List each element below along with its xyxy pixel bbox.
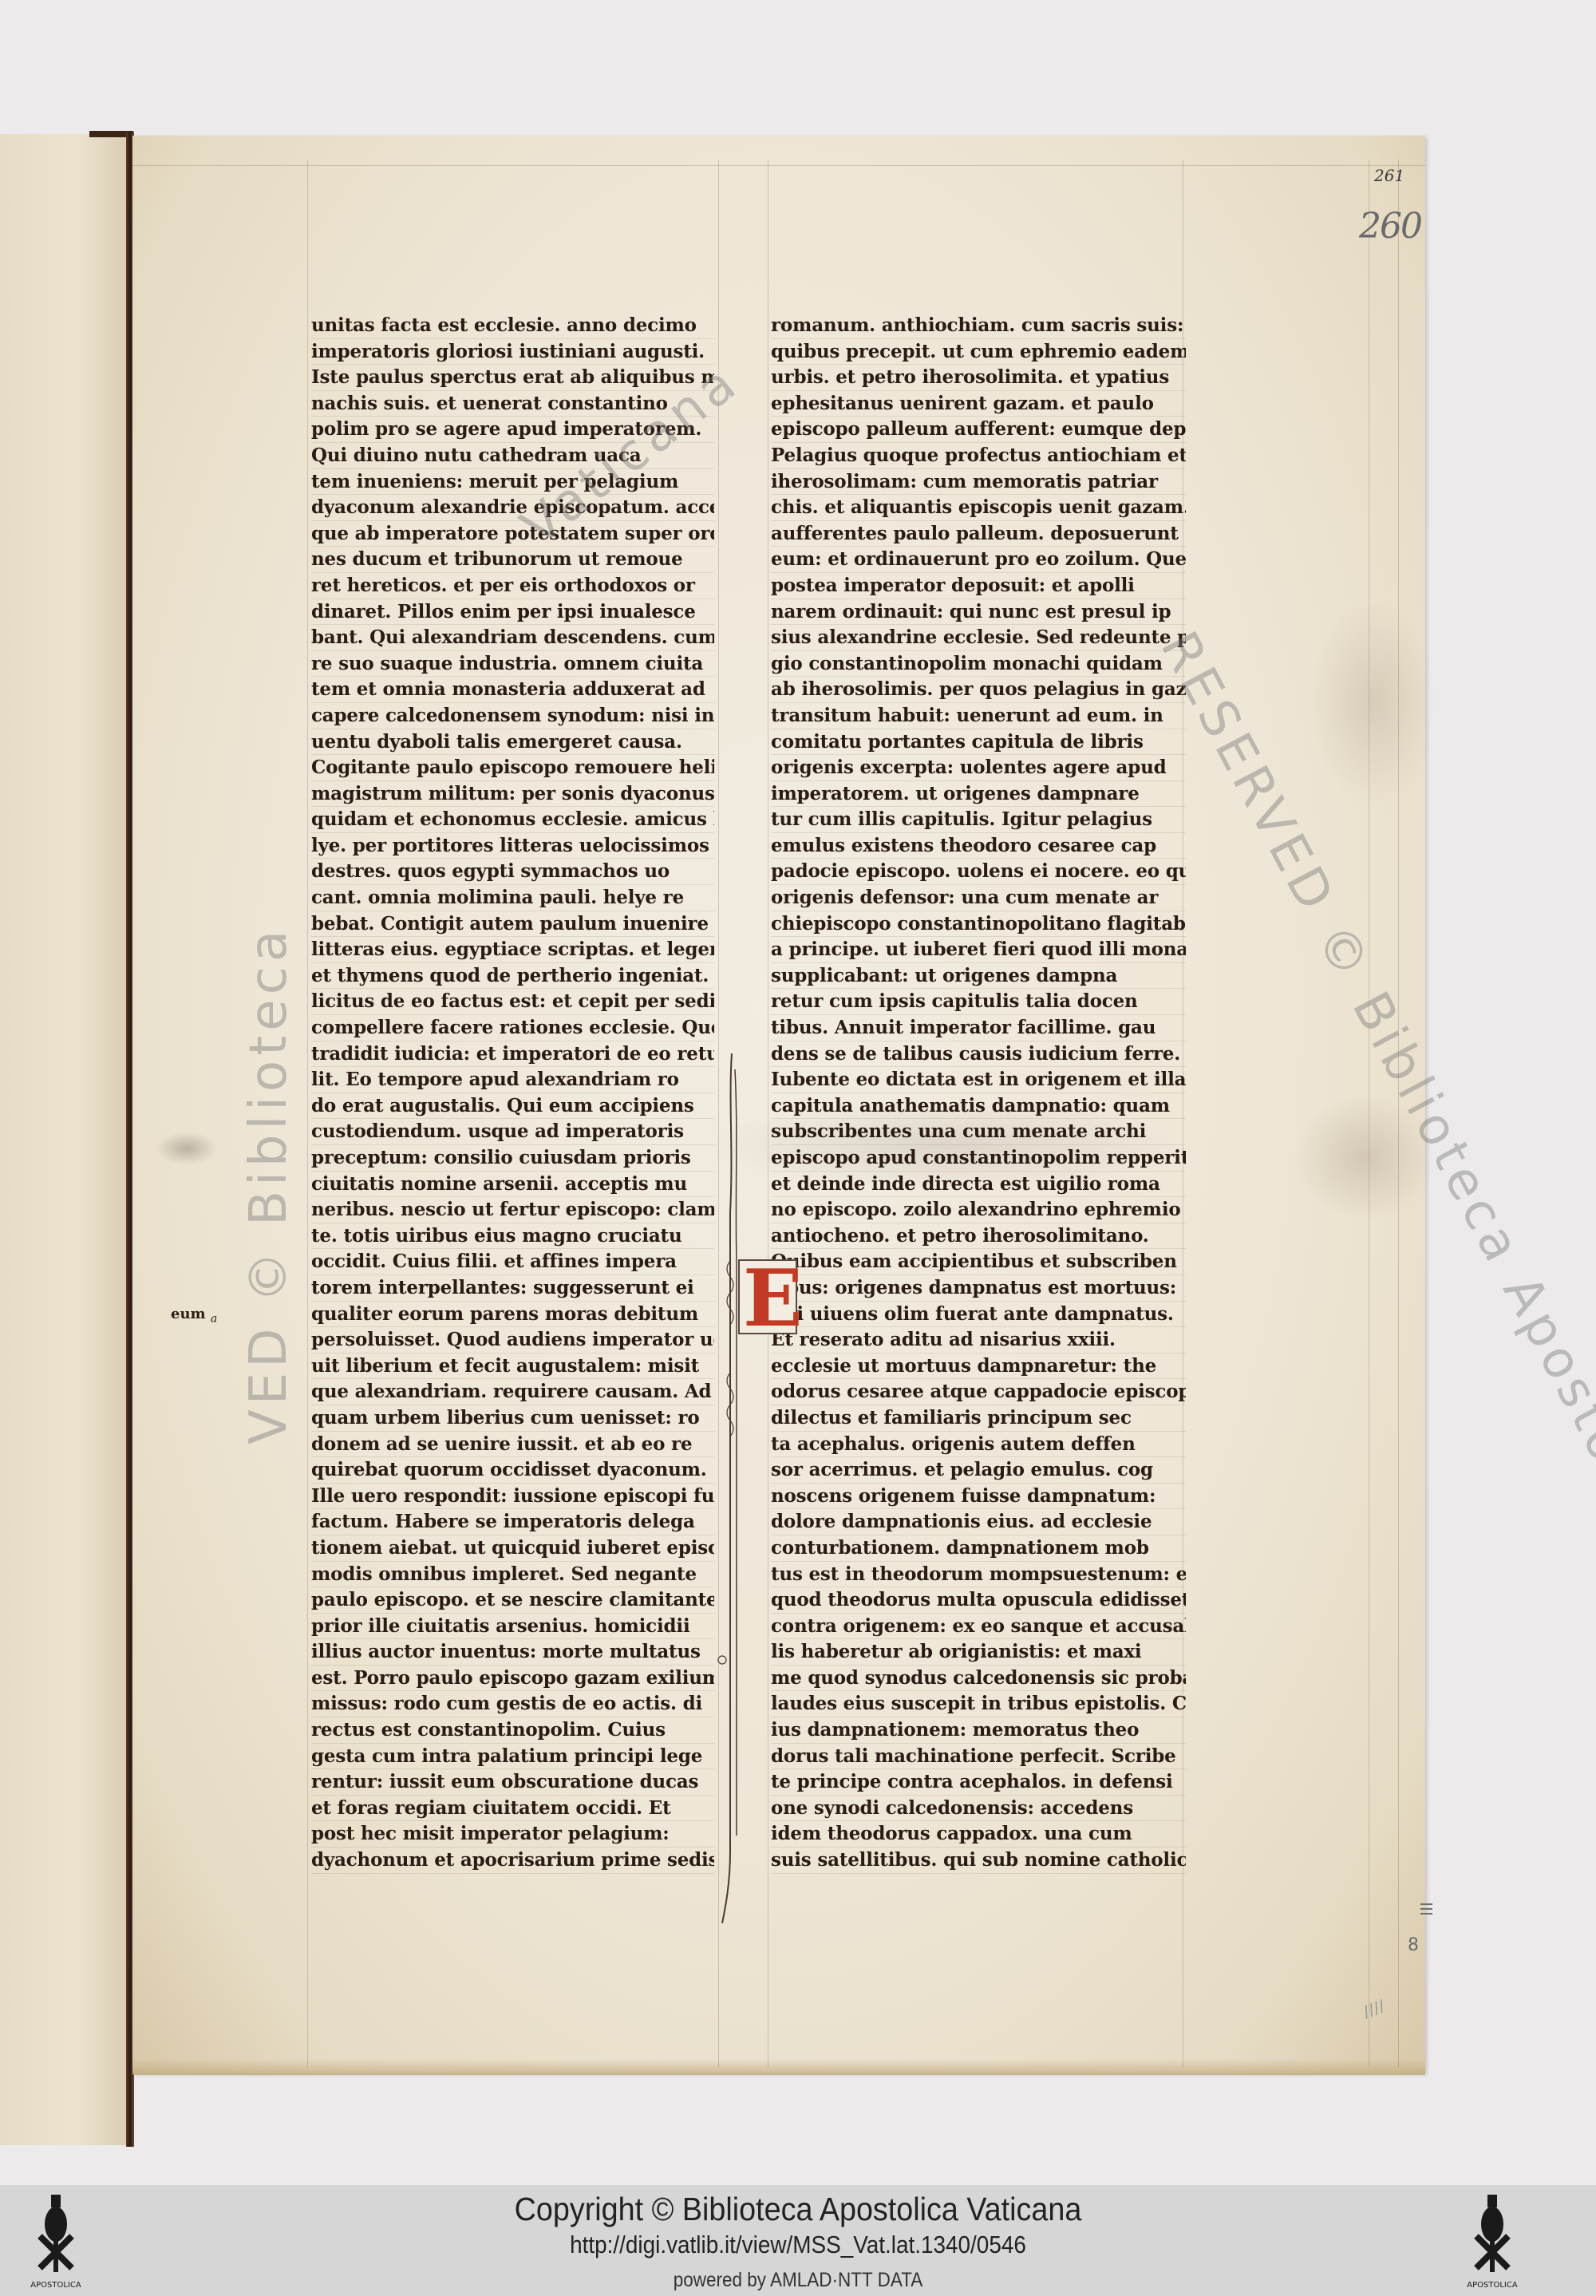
manuscript-line: tur cum illis capitulis. Igitur pelagius: [771, 807, 1186, 833]
manuscript-line: ret hereticos. et per eis orthodoxos or: [311, 573, 714, 599]
manuscript-line: lis haberetur ab origianistis: et maxi: [771, 1639, 1186, 1666]
manuscript-line: episcopo palleum aufferent: eumque depon…: [771, 417, 1186, 443]
manuscript-line: te. totis uiribus eius magno cruciatu: [311, 1223, 714, 1250]
manuscript-line: laudes eius suscepit in tribus epistolis…: [771, 1691, 1186, 1717]
manuscript-line: tionem aiebat. ut quicquid iuberet episc…: [311, 1535, 714, 1562]
manuscript-line: que alexandriam. requirere causam. Ad: [311, 1379, 714, 1405]
manuscript-line: unitas facta est ecclesie. anno decimo: [311, 313, 714, 339]
manuscript-line: litteras eius. egyptiace scriptas. et le…: [311, 937, 714, 963]
manuscript-line: episcopo apud constantinopolim repperitu…: [771, 1145, 1186, 1172]
manuscript-line: et deinde inde directa est uigilio roma: [771, 1172, 1186, 1198]
manuscript-line: dinaret. Pillos enim per ipsi inualesce: [311, 599, 714, 626]
manuscript-line: prior ille ciuitatis arsenius. homicidii: [311, 1614, 714, 1640]
manuscript-line: imperatorem. ut origenes dampnare: [771, 781, 1186, 808]
decorated-initial: E: [738, 1259, 797, 1334]
pencil-mark: 8: [1408, 1935, 1419, 1955]
manuscript-line: licitus de eo factus est: et cepit per s…: [311, 989, 714, 1015]
previous-leaf-edge: [0, 134, 129, 2145]
manuscript-line: Cogitante paulo episcopo remouere helias: [311, 755, 714, 781]
manuscript-line: Et reserato aditu ad nisarius xxiii.: [771, 1327, 1186, 1353]
manuscript-line: supplicabant: ut origenes dampna: [771, 963, 1186, 990]
manuscript-line: tem et omnia monasteria adduxerat ad: [311, 677, 714, 703]
manuscript-line: quod theodorus multa opuscula edidisset: [771, 1587, 1186, 1614]
manuscript-line: transitum habuit: uenerunt ad eum. in: [771, 703, 1186, 729]
manuscript-line: occidit. Cuius filii. et affines impera: [311, 1249, 714, 1275]
ruling-line: [132, 165, 1425, 166]
powered-by-text: powered by AMLAD·NTT DATA: [80, 2269, 1516, 2292]
manuscript-line: torem interpellantes: suggesserunt ei: [311, 1275, 714, 1302]
manuscript-line: no episcopo. zoilo alexandrino ephremio: [771, 1197, 1186, 1223]
initial-flourish-ornament: [714, 1053, 746, 1923]
manuscript-line: contra origenem: ex eo sanque et accusab…: [771, 1614, 1186, 1640]
manuscript-line: tradidit iudicia: et imperatori de eo re…: [311, 1041, 714, 1068]
manuscript-line: quidam et echonomus ecclesie. amicus he: [311, 807, 714, 833]
manuscript-line: one synodi calcedonensis: accedens: [771, 1796, 1186, 1822]
manuscript-line: retur cum ipsis capitulis talia docen: [771, 989, 1186, 1015]
manuscript-line: capere calcedonensem synodum: nisi in: [311, 703, 714, 729]
manuscript-line: padocie episcopo. uolens ei nocere. eo q…: [771, 859, 1186, 885]
manuscript-line: uentu dyaboli talis emergeret causa.: [311, 729, 714, 756]
manuscript-line: ius dampnationem: memoratus theo: [771, 1717, 1186, 1744]
folio-number-ink: 261: [1374, 166, 1404, 185]
manuscript-line: Ille uero respondit: iussione episcopi f…: [311, 1484, 714, 1510]
ruling-line: [1369, 160, 1369, 2067]
manuscript-line: modis omnibus impleret. Sed negante: [311, 1562, 714, 1588]
manuscript-line: Quibus eam accipientibus et subscriben: [771, 1249, 1186, 1275]
manuscript-line: dolore dampnationis eius. ad ecclesie: [771, 1509, 1186, 1535]
manuscript-line: ephesitanus uenirent gazam. et paulo: [771, 391, 1186, 417]
manuscript-line: Iubente eo dictata est in origenem et il…: [771, 1067, 1186, 1093]
manuscript-line: illius auctor inuentus: morte multatus: [311, 1639, 714, 1666]
text-column-left: unitas facta est ecclesie. anno decimoim…: [311, 313, 714, 1874]
manuscript-line: cant. omnia molimina pauli. helye re: [311, 885, 714, 911]
manuscript-line: paulo episcopo. et se nescire clamitante…: [311, 1587, 714, 1614]
manuscript-line: donem ad se uenire iussit. et ab eo re: [311, 1432, 714, 1458]
manuscript-line: capitula anathematis dampnatio: quam: [771, 1093, 1186, 1120]
manuscript-line: chiepiscopo constantinopolitano flagitab…: [771, 911, 1186, 938]
manuscript-line: quibus precepit. ut cum ephremio eadem: [771, 339, 1186, 366]
manuscript-line: a principe. ut iuberet fieri quod illi m…: [771, 937, 1186, 963]
manuscript-line: conturbationem. dampnationem mob: [771, 1535, 1186, 1562]
manuscript-line: romanum. anthiochiam. cum sacris suis:: [771, 313, 1186, 339]
manuscript-line: et foras regiam ciuitatem occidi. Et: [311, 1796, 714, 1822]
manuscript-line: tus est in theodorum mompsuestenum: eo: [771, 1562, 1186, 1588]
manuscript-line: urbis. et petro iherosolimita. et ypatiu…: [771, 365, 1186, 391]
manuscript-line: dens se de talibus causis iudicium ferre…: [771, 1041, 1186, 1068]
manuscript-line: persoluisset. Quod audiens imperator uoc…: [311, 1327, 714, 1353]
manuscript-url[interactable]: http://digi.vatlib.it/view/MSS_Vat.lat.1…: [80, 2231, 1516, 2259]
manuscript-line: me quod synodus calcedonensis sic probat: [771, 1666, 1186, 1692]
manuscript-line: qui uiuens olim fuerat ante dampnatus.: [771, 1302, 1186, 1328]
manuscript-line: ciuitatis nomine arsenii. acceptis mu: [311, 1172, 714, 1198]
ruling-line: [768, 160, 768, 2067]
svg-text:APOSTOLICA: APOSTOLICA: [30, 2281, 81, 2290]
page-bottom-edge: [132, 2059, 1425, 2075]
margin-note-word: eum: [171, 1306, 206, 1322]
manuscript-line: re suo suaque industria. omnem ciuita: [311, 651, 714, 678]
manuscript-line: noscens origenem fuisse dampnatum:: [771, 1484, 1186, 1510]
manuscript-line: et thymens quod de pertherio ingeniat. s…: [311, 963, 714, 990]
manuscript-line: nes ducum et tribunorum ut remoue: [311, 547, 714, 573]
manuscript-line: comitatu portantes capitula de libris: [771, 729, 1186, 756]
manuscript-line: imperatoris gloriosi iustiniani augusti.: [311, 339, 714, 366]
ruling-line: [307, 160, 308, 2067]
manuscript-line: postea imperator deposuit: et apolli: [771, 573, 1186, 599]
manuscript-line: quirebat quorum occidisset dyaconum.: [311, 1457, 714, 1484]
manuscript-line: gesta cum intra palatium principi lege: [311, 1744, 714, 1770]
manuscript-line: destres. quos egypti symmachos uo: [311, 859, 714, 885]
manuscript-line: magistrum militum: per sonis dyaconus: [311, 781, 714, 808]
manuscript-line: missus: rodo cum gestis de eo actis. di: [311, 1691, 714, 1717]
manuscript-line: ab iherosolimis. per quos pelagius in ga…: [771, 677, 1186, 703]
manuscript-line: bant. Qui alexandriam descendens. cumo: [311, 625, 714, 651]
margin-note-sub: a: [211, 1313, 217, 1326]
manuscript-line: subscribentes una cum menate archi: [771, 1119, 1186, 1145]
stain: [156, 1132, 218, 1165]
manuscript-line: aufferentes paulo palleum. deposuerunt: [771, 521, 1186, 547]
manuscript-line: neribus. nescio ut fertur episcopo: clam…: [311, 1197, 714, 1223]
initial-letter: E: [743, 1253, 803, 1345]
manuscript-line: bebat. Contigit autem paulum inuenire: [311, 911, 714, 938]
text-column-right: romanum. anthiochiam. cum sacris suis:qu…: [771, 313, 1186, 1874]
watermark-left: VED © Biblioteca: [239, 926, 298, 1444]
manuscript-line: odorus cesaree atque cappadocie episcopu…: [771, 1379, 1186, 1405]
manuscript-line: antiocheno. et petro iherosolimitano.: [771, 1223, 1186, 1250]
manuscript-line: chis. et aliquantis episcopis uenit gaza…: [771, 495, 1186, 521]
manuscript-line: lit. Eo tempore apud alexandriam ro: [311, 1067, 714, 1093]
manuscript-line: quam urbem liberius cum uenisset: ro: [311, 1405, 714, 1432]
manuscript-line: rectus est constantinopolim. Cuius: [311, 1717, 714, 1744]
manuscript-line: origenis defensor: una cum menate ar: [771, 885, 1186, 911]
manuscript-line: preceptum: consilio cuiusdam prioris: [311, 1145, 714, 1172]
manuscript-line: compellere facere rationes ecclesie. Que…: [311, 1015, 714, 1041]
manuscript-line: rentur: iussit eum obscuratione ducas: [311, 1769, 714, 1796]
manuscript-line: factum. Habere se imperatoris delega: [311, 1509, 714, 1535]
manuscript-line: sor acerrimus. et pelagio emulus. cog: [771, 1457, 1186, 1484]
manuscript-line: est. Porro paulo episcopo gazam exilium: [311, 1666, 714, 1692]
manuscript-line: emulus existens theodoro cesaree cap: [771, 833, 1186, 860]
manuscript-line: suis satellitibus. qui sub nomine cathol…: [771, 1847, 1186, 1874]
manuscript-line: post hec misit imperator pelagium:: [311, 1821, 714, 1847]
copyright-text: Copyright © Biblioteca Apostolica Vatica…: [64, 2191, 1532, 2228]
manuscript-line: Pelagius quoque profectus antiochiam et …: [771, 443, 1186, 469]
manuscript-line: que ab imperatore potestatem super ordin…: [311, 521, 714, 547]
manuscript-line: sius alexandrine ecclesie. Sed redeunte …: [771, 625, 1186, 651]
manuscript-line: dyachonum et apocrisarium prime sedis: [311, 1847, 714, 1874]
manuscript-line: Iste paulus sperctus erat ab aliquibus m…: [311, 365, 714, 391]
pencil-mark: III: [1416, 1902, 1436, 1916]
manuscript-line: origenis excerpta: uolentes agere apud: [771, 755, 1186, 781]
manuscript-line: gio constantinopolim monachi quidam: [771, 651, 1186, 678]
manuscript-line: qualiter eorum parens moras debitum: [311, 1302, 714, 1328]
stain: [1309, 599, 1436, 806]
manuscript-line: idem theodorus cappadox. una cum: [771, 1821, 1186, 1847]
manuscript-line: tibus: origenes dampnatus est mortuus:: [771, 1275, 1186, 1302]
folio-number-pencil: 260: [1359, 206, 1421, 247]
manuscript-line: iherosolimam: cum memoratis patriar: [771, 469, 1186, 496]
manuscript-line: uit liberium et fecit augustalem: misit: [311, 1353, 714, 1380]
margin-note: eum a: [171, 1306, 217, 1326]
manuscript-line: do erat augustalis. Qui eum accipiens: [311, 1093, 714, 1120]
manuscript-line: custodiendum. usque ad imperatoris: [311, 1119, 714, 1145]
manuscript-line: te principe contra acephalos. in defensi: [771, 1769, 1186, 1796]
manuscript-line: ta acephalus. origenis autem deffen: [771, 1432, 1186, 1458]
manuscript-line: eum: et ordinauerunt pro eo zoilum. Quem: [771, 547, 1186, 573]
manuscript-line: lye. per portitores litteras uelocissimo…: [311, 833, 714, 860]
manuscript-line: tibus. Annuit imperator facillime. gau: [771, 1015, 1186, 1041]
manuscript-line: ecclesie ut mortuus dampnaretur: the: [771, 1353, 1186, 1380]
manuscript-line: dorus tali machinatione perfecit. Scribe: [771, 1744, 1186, 1770]
manuscript-line: dilectus et familiaris principum sec: [771, 1405, 1186, 1432]
manuscript-line: narem ordinauit: qui nunc est presul ip: [771, 599, 1186, 626]
